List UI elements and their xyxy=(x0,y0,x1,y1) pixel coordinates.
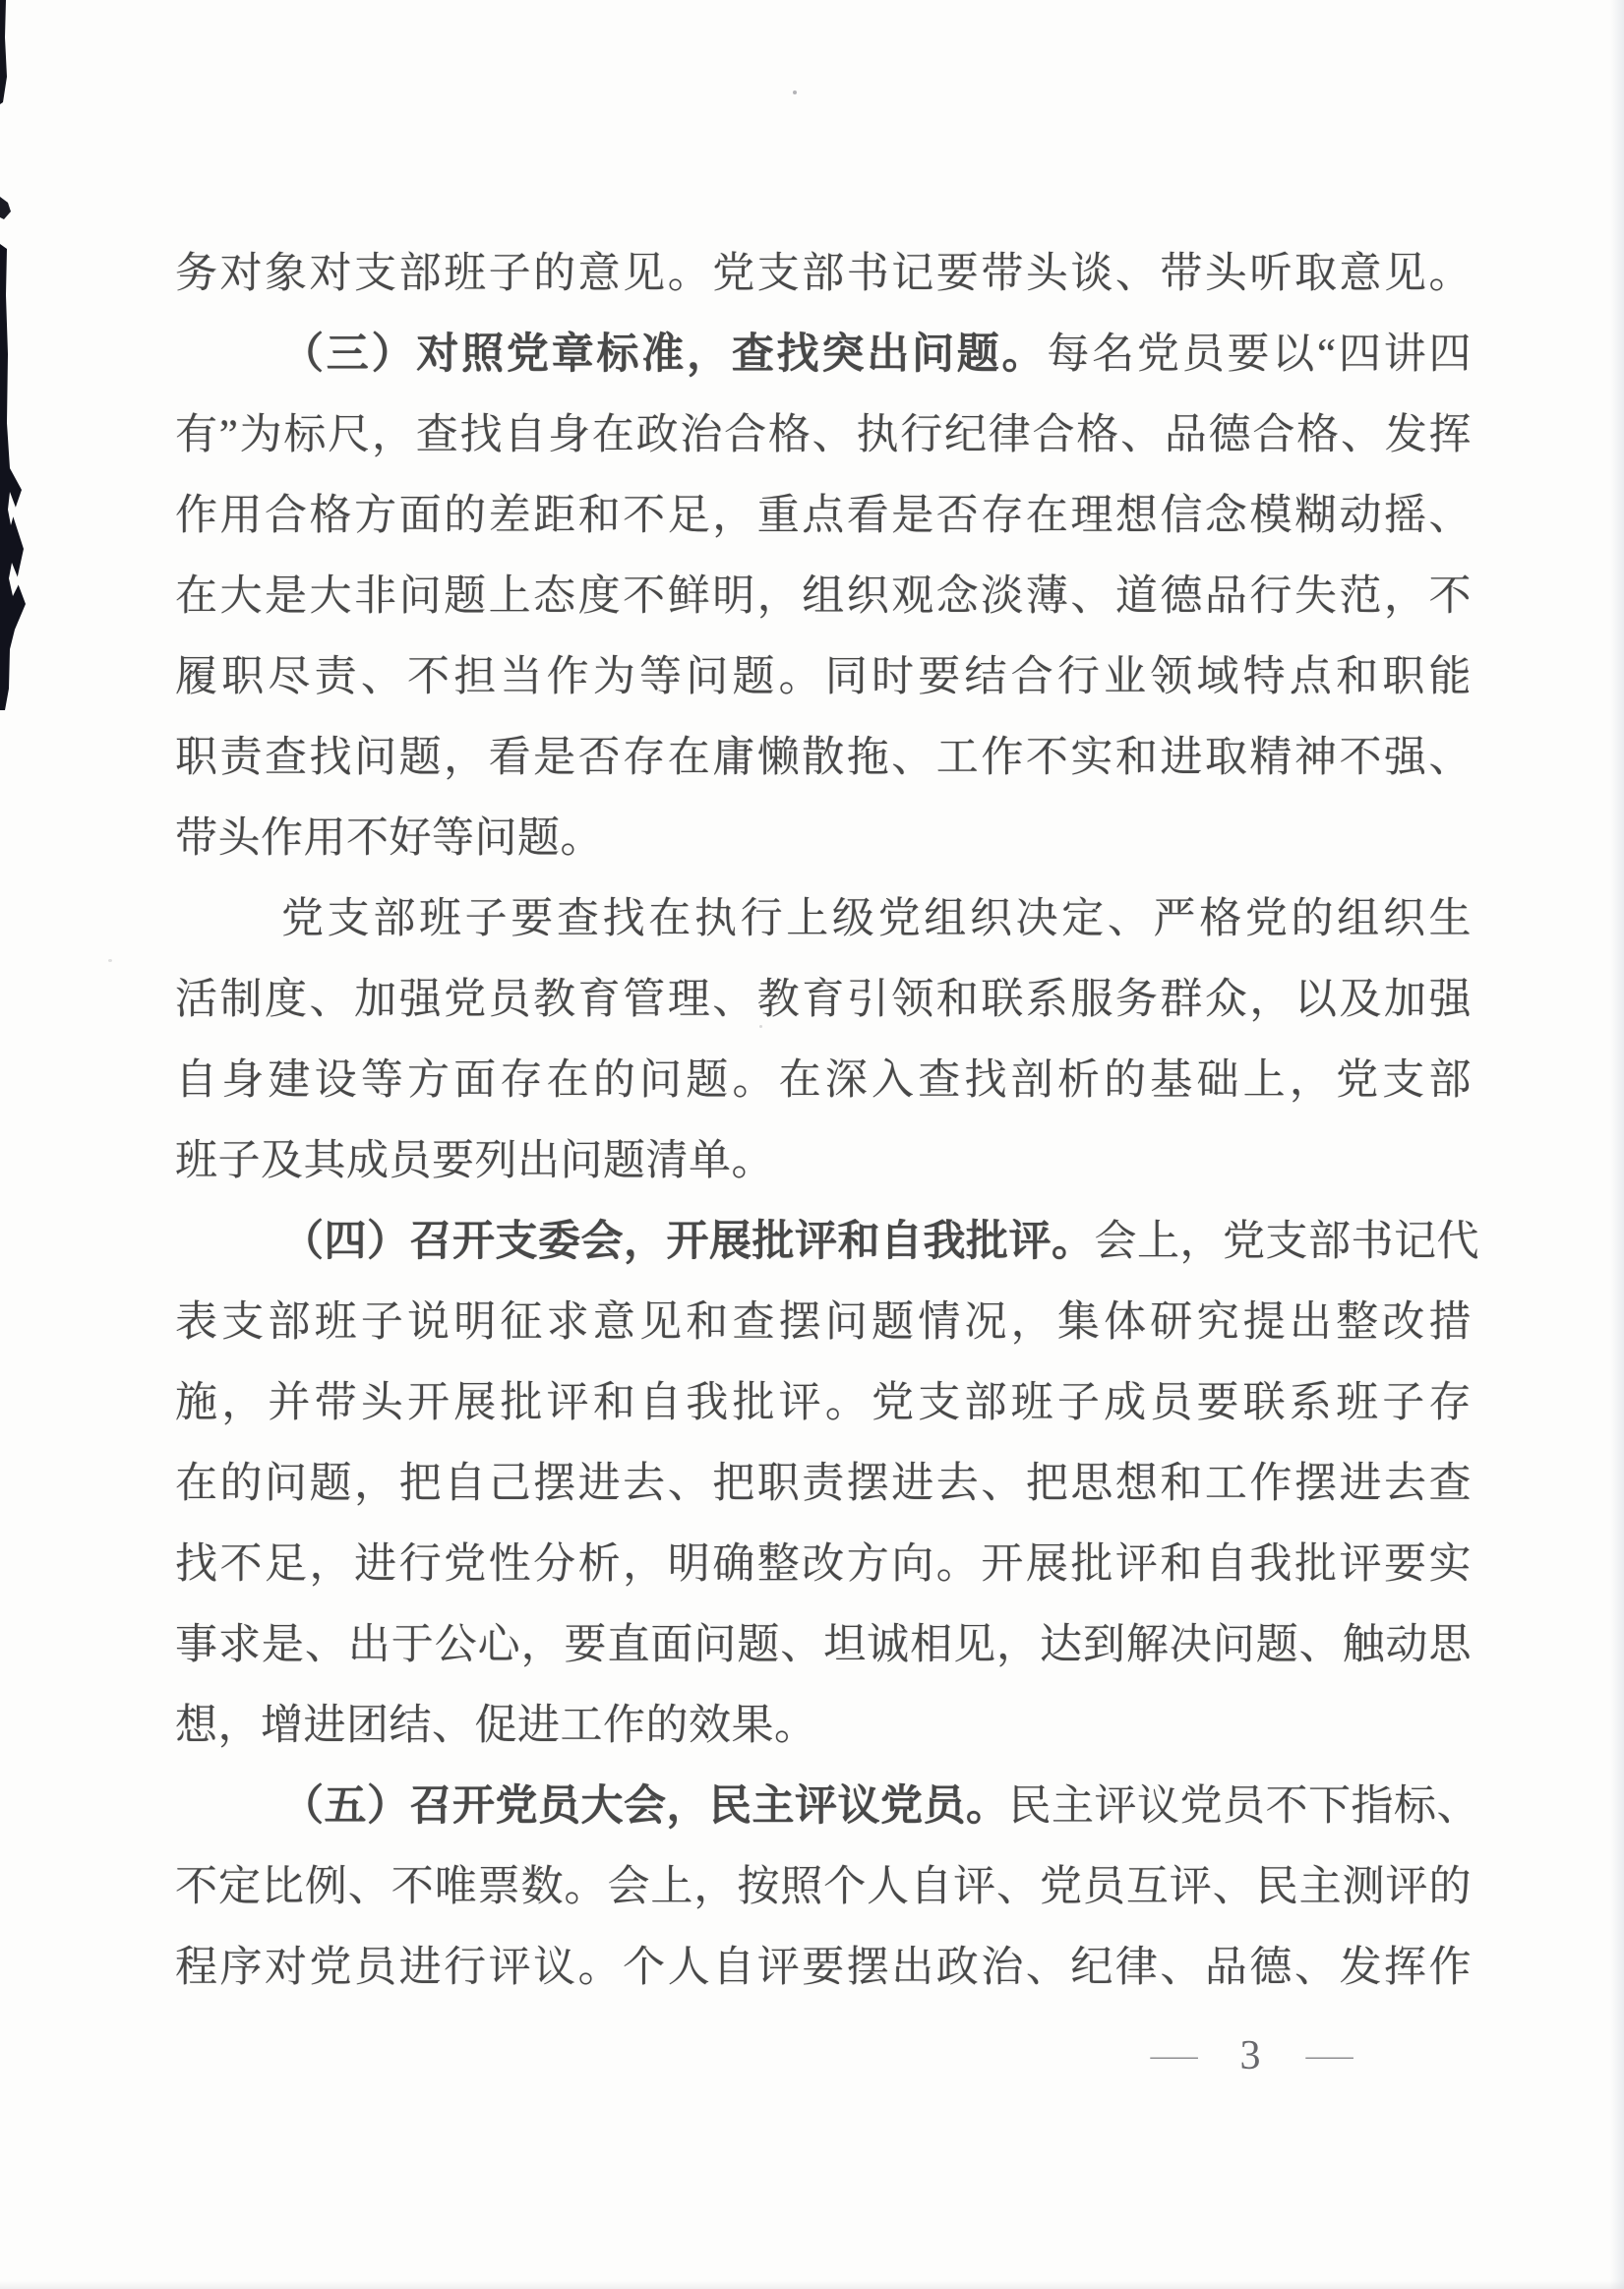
line-text: 职责查找问题，看是否存在庸懒散拖、工作不实和进取精神不强、 xyxy=(175,735,1472,781)
line-text: 不定比例、不唯票数。会上，按照个人自评、党员互评、民主测评的 xyxy=(175,1864,1472,1910)
line-text: 民主评议党员不下指标、 xyxy=(1009,1783,1480,1830)
line-text: 党支部班子要查找在执行上级党组织决定、严格党的组织生 xyxy=(281,896,1472,942)
line-text: 在的问题，把自己摆进去、把职责摆进去、把思想和工作摆进去查 xyxy=(175,1461,1472,1507)
text-line: 想，增进团结、促进工作的效果。 xyxy=(175,1686,1472,1767)
line-text: 会上，党支部书记代 xyxy=(1095,1219,1480,1265)
document-body: 务对象对支部班子的意见。党支部书记要带头谈、带头听取意见。 （三）对照党章标准，… xyxy=(175,234,1472,2009)
line-text: 务对象对支部班子的意见。党支部书记要带头谈、带头听取意见。 xyxy=(175,251,1472,297)
text-line: 履职尽责、不担当作为等问题。同时要结合行业领域特点和职能 xyxy=(175,637,1472,718)
scan-speck xyxy=(793,90,797,94)
line-text: 程序对党员进行评议。个人自评要摆出政治、纪律、品德、发挥作 xyxy=(175,1945,1472,1991)
text-line: 自身建设等方面存在的问题。在深入查找剖析的基础上，党支部 xyxy=(175,1041,1472,1121)
line-text: 履职尽责、不担当作为等问题。同时要结合行业领域特点和职能 xyxy=(175,654,1472,700)
line-text: 班子及其成员要列出问题清单。 xyxy=(175,1138,774,1184)
line-text: 找不足，进行党性分析，明确整改方向。开展批评和自我批评要实 xyxy=(175,1541,1472,1588)
line-text: 想，增进团结、促进工作的效果。 xyxy=(175,1703,817,1749)
page-number-value: 3 xyxy=(1240,2032,1261,2079)
text-line: 程序对党员进行评议。个人自评要摆出政治、纪律、品德、发挥作 xyxy=(175,1928,1472,2009)
page-number-dash-left: — xyxy=(1151,2039,1195,2073)
line-text: 在大是大非问题上态度不鲜明，组织观念淡薄、道德品行失范，不 xyxy=(175,573,1472,620)
line-text: 有”为标尺，查找自身在政治合格、执行纪律合格、品德合格、发挥 xyxy=(175,412,1472,458)
text-line: 有”为标尺，查找自身在政治合格、执行纪律合格、品德合格、发挥 xyxy=(175,395,1472,476)
text-line-section-heading-3: （三）对照党章标准，查找突出问题。每名党员要以“四讲四 xyxy=(175,315,1472,395)
text-line: 事求是、出于公心，要直面问题、坦诚相见，达到解决问题、触动思 xyxy=(175,1605,1472,1686)
text-line-section-heading-4: （四）召开支委会，开展批评和自我批评。会上，党支部书记代 xyxy=(175,1202,1472,1283)
text-line: 班子及其成员要列出问题清单。 xyxy=(175,1121,1472,1202)
line-text: 自身建设等方面存在的问题。在深入查找剖析的基础上，党支部 xyxy=(175,1057,1472,1104)
text-line: 职责查找问题，看是否存在庸懒散拖、工作不实和进取精神不强、 xyxy=(175,718,1472,799)
scan-artifact xyxy=(0,0,33,748)
text-line: 在的问题，把自己摆进去、把职责摆进去、把思想和工作摆进去查 xyxy=(175,1444,1472,1525)
scan-shading-bottom xyxy=(0,2281,1624,2289)
page-number-dash-right: — xyxy=(1306,2039,1351,2073)
line-text: 表支部班子说明征求意见和查摆问题情况，集体研究提出整改措 xyxy=(175,1299,1472,1346)
scan-speck xyxy=(108,959,112,962)
line-text: 带头作用不好等问题。 xyxy=(175,815,603,862)
section-heading-text: （四）召开支委会，开展批评和自我批评。 xyxy=(281,1219,1095,1265)
text-line: 务对象对支部班子的意见。党支部书记要带头谈、带头听取意见。 xyxy=(175,234,1472,315)
line-text: 施，并带头开展批评和自我批评。党支部班子成员要联系班子存 xyxy=(175,1380,1472,1426)
section-heading-text: （三）对照党章标准，查找突出问题。 xyxy=(281,331,1047,378)
line-text: 每名党员要以“四讲四 xyxy=(1047,331,1472,378)
text-line: 找不足，进行党性分析，明确整改方向。开展批评和自我批评要实 xyxy=(175,1525,1472,1605)
document-page: 务对象对支部班子的意见。党支部书记要带头谈、带头听取意见。 （三）对照党章标准，… xyxy=(0,0,1624,2289)
line-text: 作用合格方面的差距和不足，重点看是否存在理想信念模糊动摇、 xyxy=(175,493,1472,539)
text-line: 带头作用不好等问题。 xyxy=(175,799,1472,879)
text-line: 不定比例、不唯票数。会上，按照个人自评、党员互评、民主测评的 xyxy=(175,1847,1472,1928)
text-line: 在大是大非问题上态度不鲜明，组织观念淡薄、道德品行失范，不 xyxy=(175,557,1472,637)
text-line: 施，并带头开展批评和自我批评。党支部班子成员要联系班子存 xyxy=(175,1363,1472,1444)
text-line: 表支部班子说明征求意见和查摆问题情况，集体研究提出整改措 xyxy=(175,1283,1472,1363)
text-line-section-heading-5: （五）召开党员大会，民主评议党员。民主评议党员不下指标、 xyxy=(175,1767,1472,1847)
line-text: 活制度、加强党员教育管理、教育引领和联系服务群众，以及加强 xyxy=(175,977,1472,1023)
text-line: 活制度、加强党员教育管理、教育引领和联系服务群众，以及加强 xyxy=(175,960,1472,1041)
section-heading-text: （五）召开党员大会，民主评议党员。 xyxy=(281,1783,1009,1830)
text-line: 作用合格方面的差距和不足，重点看是否存在理想信念模糊动摇、 xyxy=(175,476,1472,557)
scan-shading-right xyxy=(1610,0,1624,2289)
page-number: — 3 — xyxy=(1159,2024,1342,2087)
text-line: 党支部班子要查找在执行上级党组织决定、严格党的组织生 xyxy=(175,879,1472,960)
line-text: 事求是、出于公心，要直面问题、坦诚相见，达到解决问题、触动思 xyxy=(175,1622,1472,1668)
